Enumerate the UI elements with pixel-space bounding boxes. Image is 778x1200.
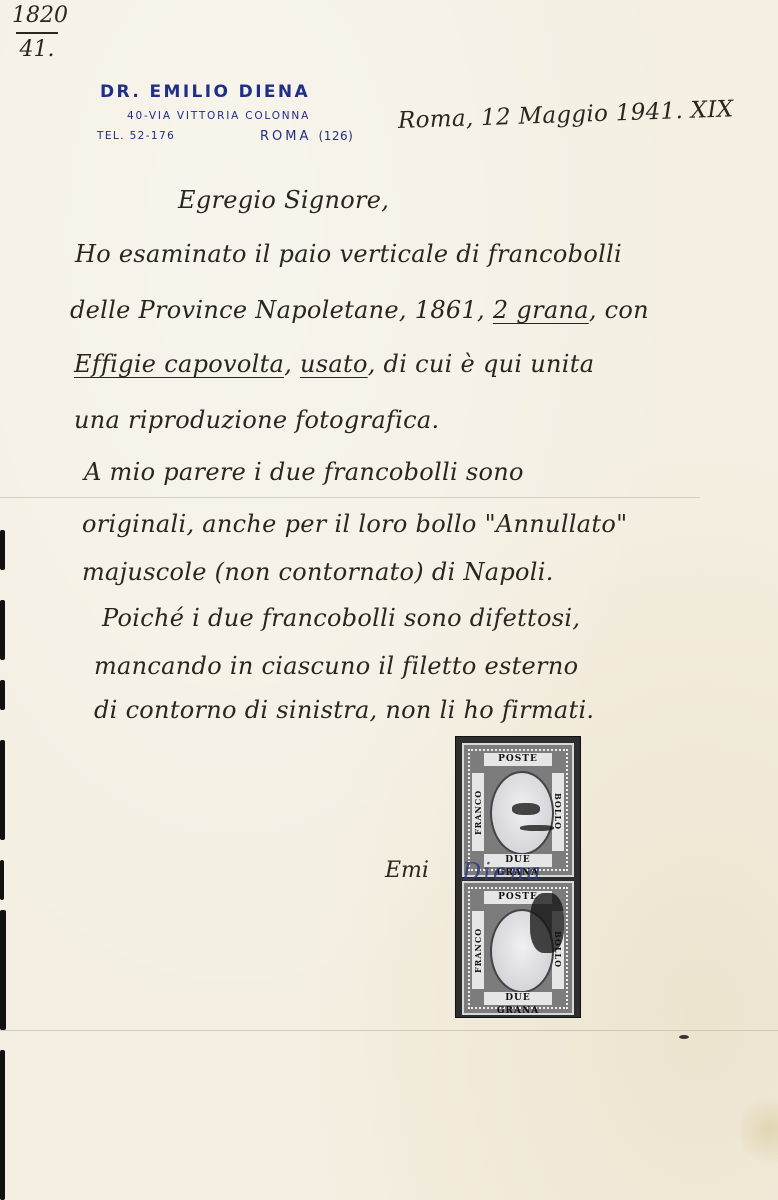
stamp-lower-bottom-label: DUE GRANA — [484, 992, 552, 1005]
comma: , — [284, 350, 292, 378]
reference-divider — [16, 32, 58, 34]
ink-speck — [679, 1035, 689, 1039]
stamp-upper: POSTE FRANCO BOLLO DUE GRANA — [462, 743, 574, 877]
fold-line-top — [0, 497, 700, 498]
paper-stain — [740, 1090, 778, 1170]
archive-reference-note: 1820 41. — [12, 2, 62, 64]
body-line-10: di contorno di sinistra, non li ho firma… — [94, 696, 594, 724]
body-line-3-end: , di cui è qui unita — [368, 350, 595, 378]
torn-left-edge — [0, 0, 7, 1200]
body-line-6: originali, anche per il loro bollo "Annu… — [82, 510, 627, 538]
stamp-lower-left-label: FRANCO — [472, 911, 484, 989]
body-line-1: Ho esaminato il paio verticale di franco… — [75, 240, 622, 268]
letterhead-city: ROMA (126) — [260, 129, 353, 144]
place-date: Roma, 12 Maggio 1941. XIX — [398, 96, 734, 134]
letterhead-telephone: TEL. 52-176 — [97, 130, 175, 142]
stamp-upper-left-label: FRANCO — [472, 773, 484, 851]
reference-number-top: 1820 — [12, 2, 62, 30]
body-line-7: majuscole (non contornato) di Napoli. — [82, 558, 554, 586]
body-line-2-text: delle Province Napoletane, 1861, — [70, 296, 485, 324]
signature: Diena — [462, 858, 543, 886]
body-line-8: Poiché i due francobolli sono difettosi, — [102, 604, 580, 632]
salutation: Egregio Signore, — [178, 186, 389, 214]
cancellation-mark — [520, 825, 554, 831]
letterhead-city-name: ROMA — [260, 129, 311, 144]
body-line-2-end: , con — [589, 296, 649, 324]
cancellation-mark — [512, 803, 540, 815]
denomination-underlined: 2 grana — [493, 296, 589, 324]
usato-underlined: usato — [300, 350, 368, 378]
letterhead-address: 40-VIA VITTORIA COLONNA — [127, 110, 310, 122]
letterhead-name: DR. EMILIO DIENA — [100, 82, 310, 102]
body-line-5: A mio parere i due francobolli sono — [84, 458, 524, 486]
letterhead-postal-code: (126) — [319, 129, 354, 143]
closing-text: Emi — [385, 858, 429, 883]
body-line-2: delle Province Napoletane, 1861, 2 grana… — [70, 296, 649, 324]
cancellation-mark — [530, 893, 564, 953]
stamp-upper-top-label: POSTE — [484, 753, 552, 766]
reference-number-bottom: 41. — [12, 36, 62, 64]
body-line-4: una riproduzione fotografica. — [74, 406, 439, 434]
body-line-9: mancando in ciascuno il filetto esterno — [94, 652, 578, 680]
fold-line-bottom — [0, 1030, 778, 1031]
effigie-underlined: Effigie capovolta — [74, 350, 284, 378]
letter-document: 1820 41. DR. EMILIO DIENA 40-VIA VITTORI… — [0, 0, 778, 1200]
body-line-3: Effigie capovolta, usato, di cui è qui u… — [74, 350, 594, 378]
stamp-lower: POSTE FRANCO BOLLO DUE GRANA — [462, 881, 574, 1015]
